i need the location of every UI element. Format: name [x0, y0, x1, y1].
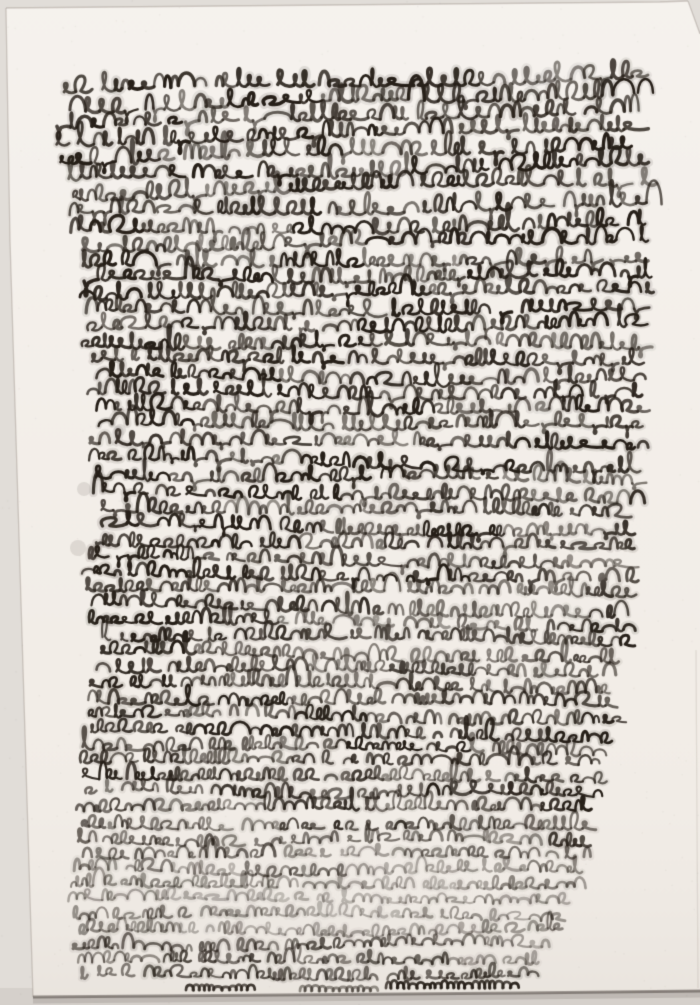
artwork-photo — [0, 0, 700, 1005]
artwork-canvas — [0, 0, 700, 1005]
